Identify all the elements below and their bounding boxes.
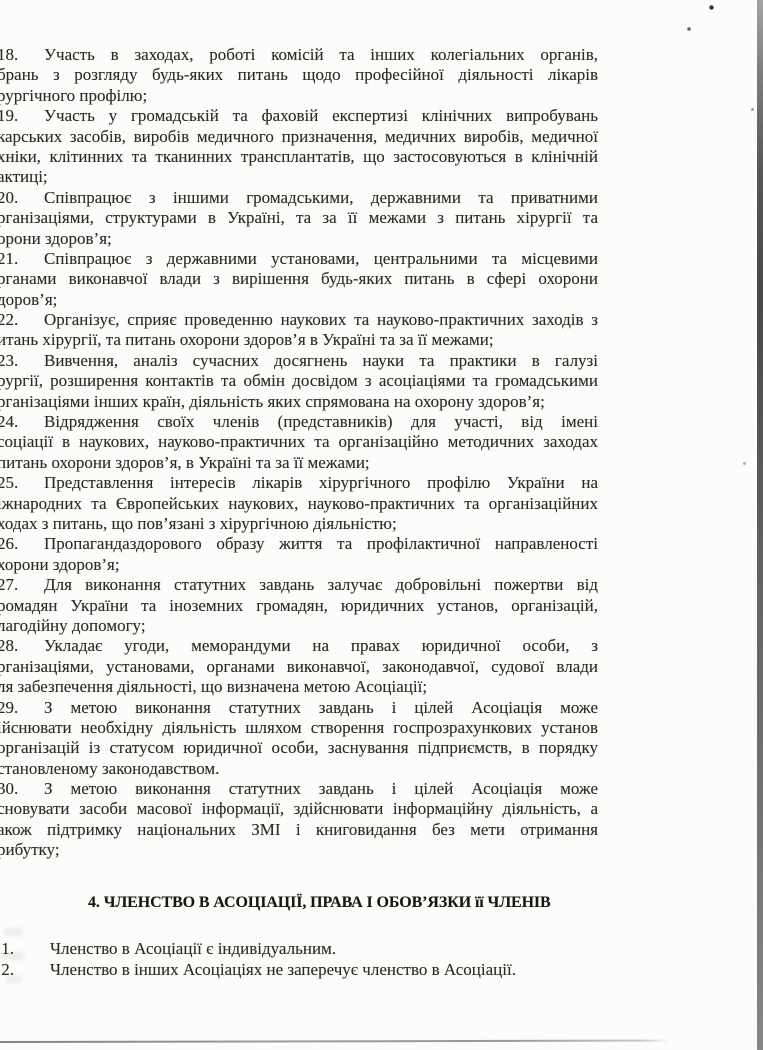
text-line: рганізаціями, структурами в Україні, та … xyxy=(0,208,598,228)
text-line: доров’я; xyxy=(0,290,598,310)
text-line: 26.Пропагандаздорового образу життя та п… xyxy=(0,534,598,554)
dust-speck xyxy=(743,462,746,465)
line-text: рургії, розширення контактів та обмін до… xyxy=(0,371,598,391)
text-line: хорони здоров’я; xyxy=(0,555,598,575)
text-line: актиці; xyxy=(0,167,598,187)
line-text: акож підтримку національних ЗМІ і книгов… xyxy=(0,820,598,840)
text-line: рганізаціями інших країн, діяльність яки… xyxy=(0,392,598,412)
line-text: Участь в заходах, роботі комісій та інши… xyxy=(44,45,598,65)
paragraph-number: 23. xyxy=(0,351,44,371)
text-line: рургічного профілю; xyxy=(0,86,598,106)
text-line: рганами виконавчої влади з вирішення буд… xyxy=(0,269,598,289)
text-line: 25.Представлення інтересів лікарів хірур… xyxy=(0,473,598,493)
text-line: 30.З метою виконання статутних завдань і… xyxy=(0,779,598,799)
line-text: ходах з питань, що пов’язані з хірургічн… xyxy=(0,514,598,534)
dust-speck xyxy=(709,5,714,10)
line-text: Представлення інтересів лікарів хірургіч… xyxy=(44,473,598,493)
line-text: іжнародних та Європейських наукових, нау… xyxy=(0,494,598,514)
item-text: Членство в інших Асоціаціях не заперечує… xyxy=(50,959,598,981)
ghost-smudge xyxy=(6,976,22,983)
paragraph-number: 25. xyxy=(0,473,44,493)
text-line: 27.Для виконання статутних завдань залуч… xyxy=(0,575,598,595)
line-text: рганізаціями, структурами в Україні, та … xyxy=(0,208,598,228)
text-line: 23.Вивчення, аналіз сучасних досягнень н… xyxy=(0,351,598,371)
line-text: рганами виконавчої влади з вирішення буд… xyxy=(0,269,598,289)
text-line: акож підтримку національних ЗМІ і книгов… xyxy=(0,820,598,840)
text-line: становленому законодавством. xyxy=(0,759,598,779)
item-text: Членство в Асоціації є індивідуальним. xyxy=(50,938,598,960)
paragraph-number: 22. xyxy=(0,310,44,330)
dust-speck xyxy=(751,108,754,111)
text-line: 20.Співпрацює з іншими громадськими, дер… xyxy=(0,188,598,208)
line-text: З метою виконання статутних завдань і ці… xyxy=(44,698,598,718)
line-text: рибутку; xyxy=(0,840,598,860)
line-text: хніки, клітинних та тканинних трансплант… xyxy=(0,147,598,167)
text-line: 18.Участь в заходах, роботі комісій та і… xyxy=(0,45,598,65)
paragraph-number: 19. xyxy=(0,106,44,126)
document-text: 18.Участь в заходах, роботі комісій та і… xyxy=(0,45,598,981)
text-line: 29.З метою виконання статутних завдань і… xyxy=(0,698,598,718)
text-line: організацій із статусом юридичної особи,… xyxy=(0,738,598,758)
line-text: сновувати засоби масової інформації, зді… xyxy=(0,799,598,819)
text-line: 28.Укладає угоди, меморандуми на правах … xyxy=(0,636,598,656)
line-text: ійснювати необхідну діяльність шляхом ст… xyxy=(0,718,598,738)
line-text: становленому законодавством. xyxy=(0,759,598,779)
line-text: соціації в наукових, науково-практичних … xyxy=(0,432,598,452)
text-line: рибутку; xyxy=(0,840,598,860)
text-line: орони здоров’я; xyxy=(0,229,598,249)
paragraph-number: 18. xyxy=(0,45,44,65)
text-line: 24.Відрядження своїх членів (представник… xyxy=(0,412,598,432)
line-text: рганізаціями, установами, органами викон… xyxy=(0,657,598,677)
line-text: Пропагандаздорового образу життя та проф… xyxy=(44,534,598,554)
line-text: З метою виконання статутних завдань і ці… xyxy=(44,779,598,799)
line-text: ля забезпечення діяльності, що визначена… xyxy=(0,677,598,697)
line-text: доров’я; xyxy=(0,290,598,310)
line-text: рургічного профілю; xyxy=(0,86,598,106)
dust-speck xyxy=(687,27,691,31)
line-text: Відрядження своїх членів (представників)… xyxy=(44,412,598,432)
paragraph-number: 24. xyxy=(0,412,44,432)
paragraph-number: 29. xyxy=(0,698,44,718)
text-line: хніки, клітинних та тканинних трансплант… xyxy=(0,147,598,167)
text-line: итань хірургії, та питань охорони здоров… xyxy=(0,330,598,350)
scanned-document-page: 18.Участь в заходах, роботі комісій та і… xyxy=(0,0,763,1050)
text-line: брань з розгляду будь-яких питань щодо п… xyxy=(0,65,598,85)
text-line: питань охорони здоров’я, в Україні та за… xyxy=(0,453,598,473)
text-line: ромадян України та іноземних громадян, ю… xyxy=(0,596,598,616)
line-text: організацій із статусом юридичної особи,… xyxy=(0,738,598,758)
statute-paragraphs: 18.Участь в заходах, роботі комісій та і… xyxy=(0,45,598,861)
text-line: 21.Співпрацює з державними установами, ц… xyxy=(0,249,598,269)
line-text: Вивчення, аналіз сучасних досягнень наук… xyxy=(44,351,598,371)
ghost-smudge xyxy=(4,928,22,936)
text-line: карських засобів, виробів медичного приз… xyxy=(0,127,598,147)
paragraph-number: 30. xyxy=(0,779,44,799)
text-line: ійснювати необхідну діяльність шляхом ст… xyxy=(0,718,598,738)
membership-items: .1.Членство в Асоціації є індивідуальним… xyxy=(0,938,598,981)
text-line: іжнародних та Європейських наукових, нау… xyxy=(0,494,598,514)
line-text: орони здоров’я; xyxy=(0,229,598,249)
ghost-smudge xyxy=(2,952,24,960)
text-line: ля забезпечення діяльності, що визначена… xyxy=(0,677,598,697)
text-line: 19.Участь у громадській та фаховій експе… xyxy=(0,106,598,126)
text-line: сновувати засоби масової інформації, зді… xyxy=(0,799,598,819)
line-text: итань хірургії, та питань охорони здоров… xyxy=(0,330,598,350)
section-heading: 4. ЧЛЕНСТВО В АСОЦІАЦІЇ, ПРАВА І ОБОВ’ЯЗ… xyxy=(0,893,598,912)
line-text: ромадян України та іноземних громадян, ю… xyxy=(0,596,598,616)
line-text: карських засобів, виробів медичного приз… xyxy=(0,127,598,147)
line-text: питань охорони здоров’я, в Україні та за… xyxy=(0,453,598,473)
line-text: актиці; xyxy=(0,167,598,187)
member-item: .2.Членство в інших Асоціаціях не запере… xyxy=(0,959,598,981)
text-line: рургії, розширення контактів та обмін до… xyxy=(0,371,598,391)
scan-edge-strip xyxy=(757,0,763,1050)
line-text: рганізаціями інших країн, діяльність яки… xyxy=(0,392,598,412)
text-line: рганізаціями, установами, органами викон… xyxy=(0,657,598,677)
paragraph-number: 27. xyxy=(0,575,44,595)
line-text: Укладає угоди, меморандуми на правах юри… xyxy=(44,636,598,656)
scan-page-edge-line xyxy=(0,1040,670,1043)
text-line: соціації в наукових, науково-практичних … xyxy=(0,432,598,452)
text-line: 22.Організує, сприяє проведенню наукових… xyxy=(0,310,598,330)
text-line: ходах з питань, що пов’язані з хірургічн… xyxy=(0,514,598,534)
paragraph-number: 20. xyxy=(0,188,44,208)
paragraph-number: 26. xyxy=(0,534,44,554)
line-text: Участь у громадській та фаховій експерти… xyxy=(44,106,598,126)
line-text: брань з розгляду будь-яких питань щодо п… xyxy=(0,65,598,85)
paragraph-number: 28. xyxy=(0,636,44,656)
text-line: лагодійну допомогу; xyxy=(0,616,598,636)
line-text: Організує, сприяє проведенню наукових та… xyxy=(44,310,598,330)
line-text: хорони здоров’я; xyxy=(0,555,598,575)
line-text: Співпрацює з державними установами, цент… xyxy=(44,249,598,269)
line-text: Для виконання статутних завдань залучає … xyxy=(44,575,598,595)
paragraph-number: 21. xyxy=(0,249,44,269)
member-item: .1.Членство в Асоціації є індивідуальним… xyxy=(0,938,598,960)
line-text: лагодійну допомогу; xyxy=(0,616,598,636)
line-text: Співпрацює з іншими громадськими, держав… xyxy=(44,188,598,208)
